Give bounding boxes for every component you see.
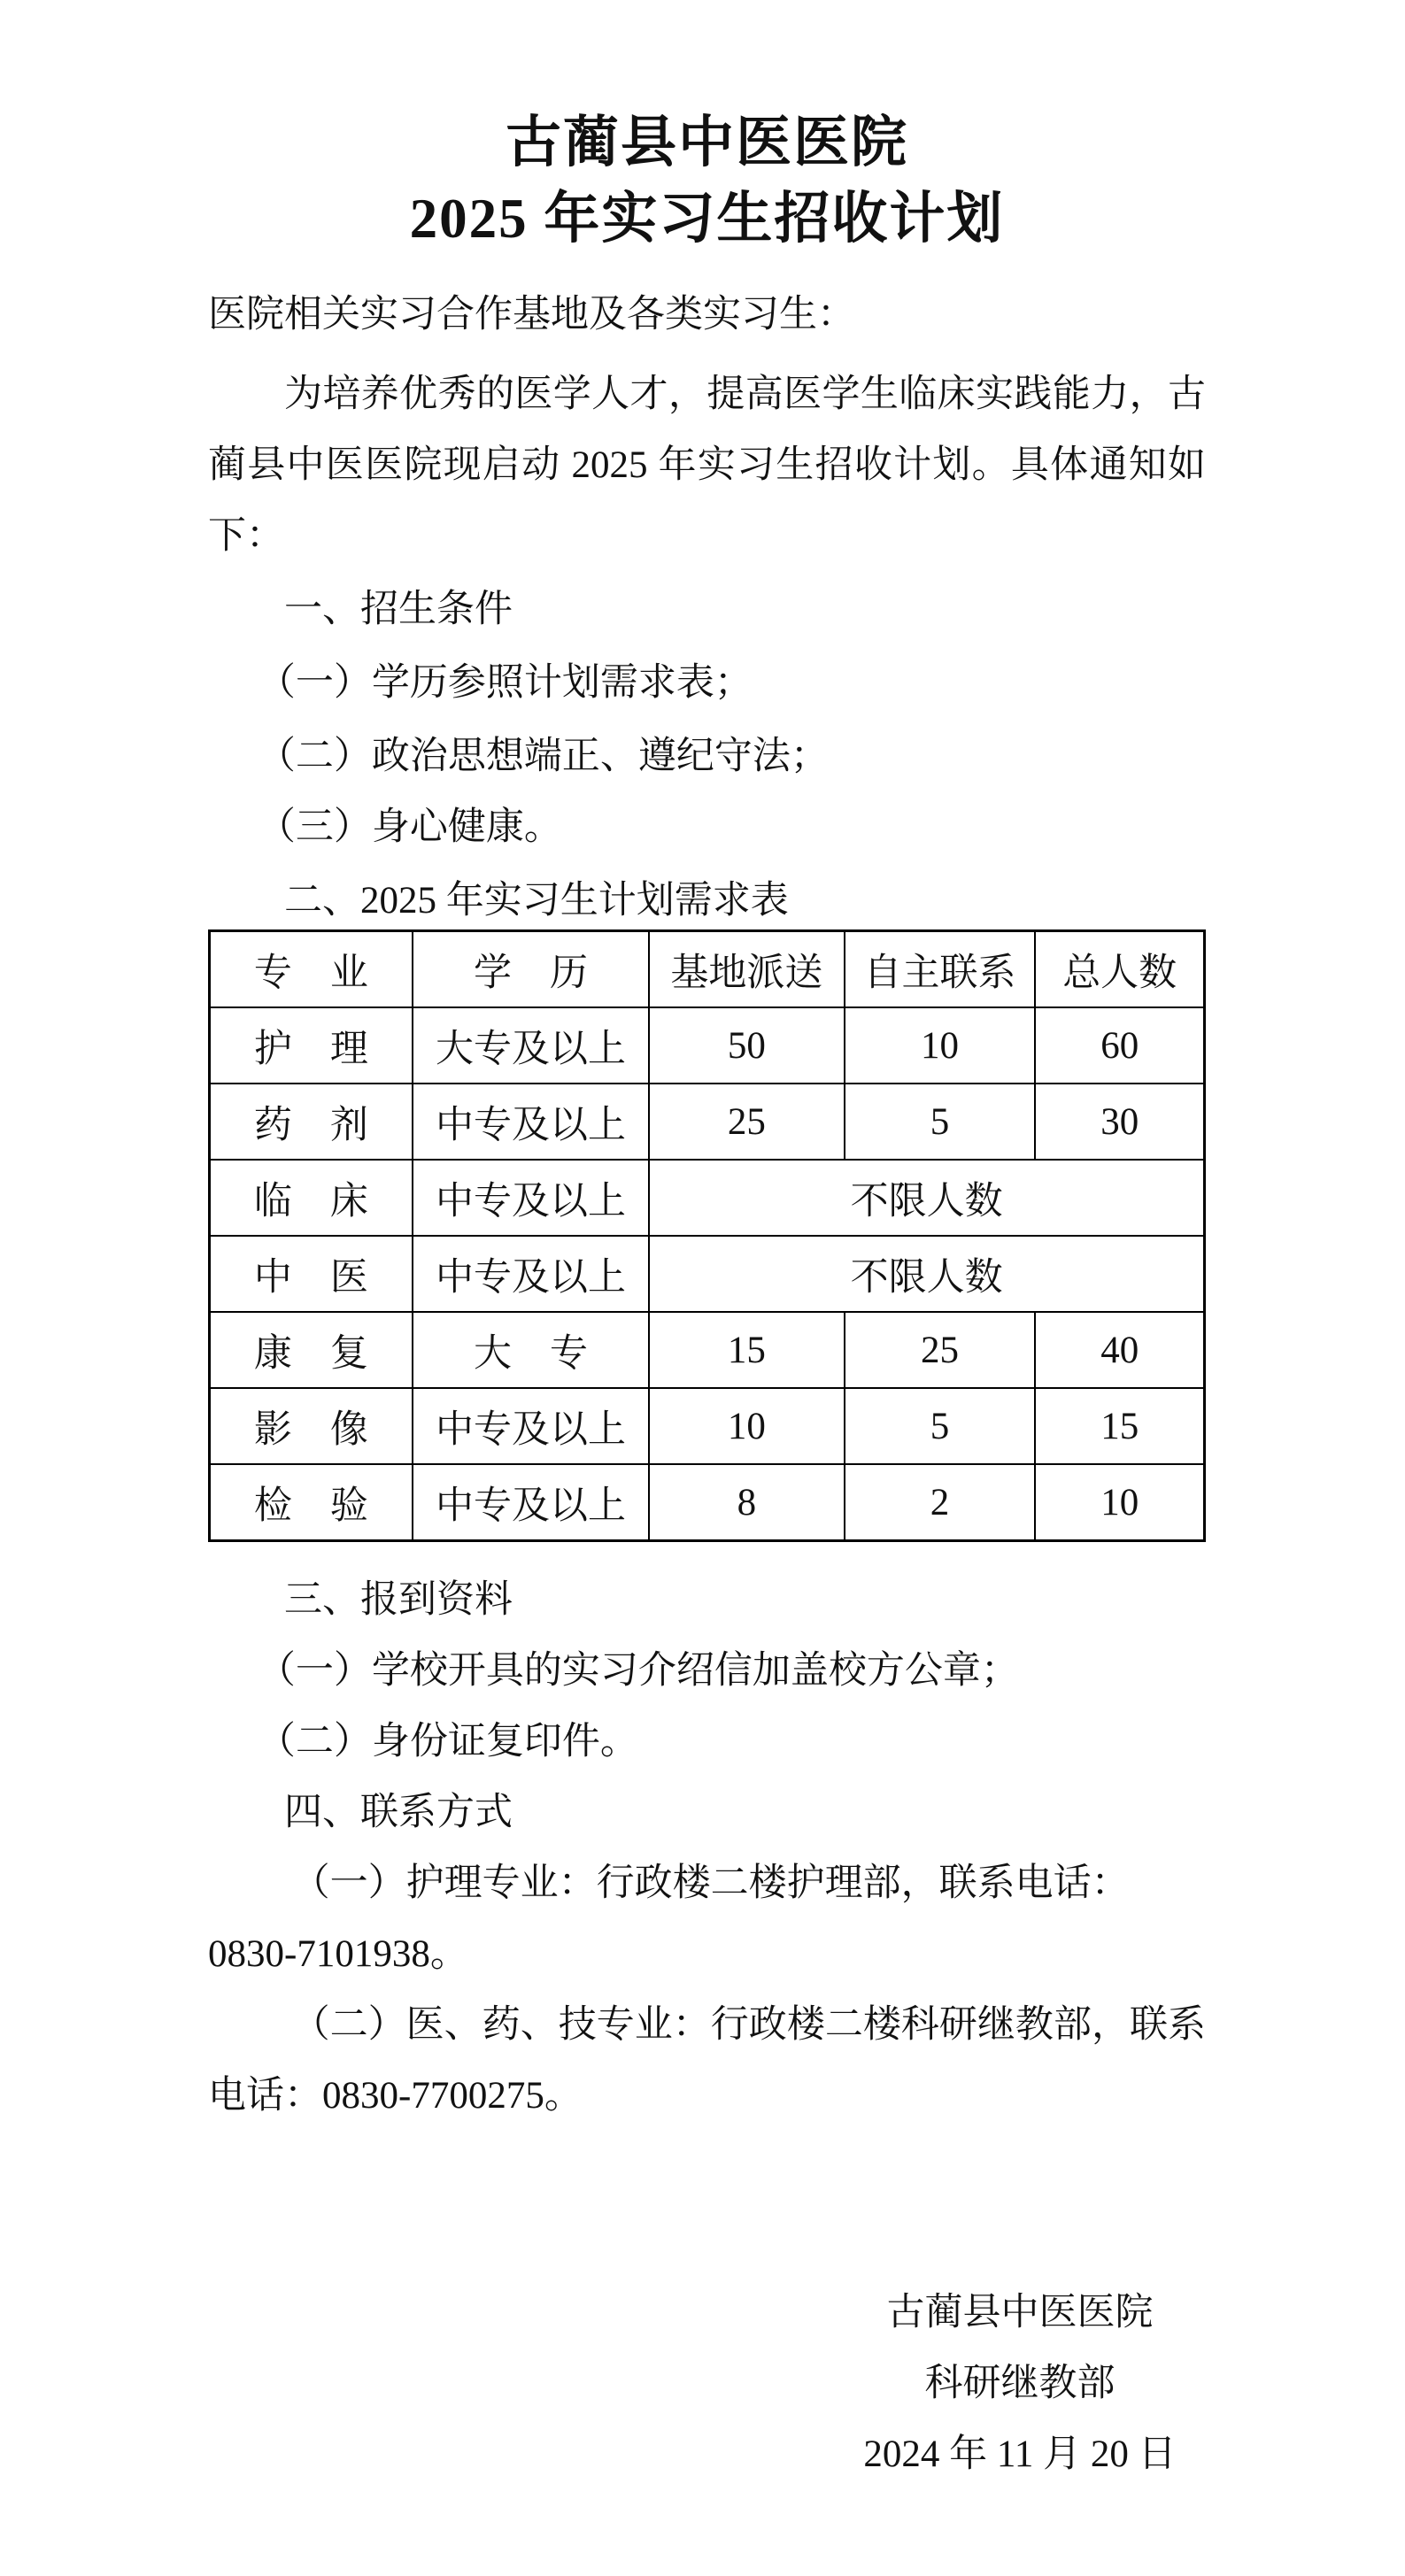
- cell-major: 中 医: [210, 1236, 413, 1312]
- cell-education: 中专及以上: [413, 1084, 650, 1160]
- section3-item-1: （一）学校开具的实习介绍信加盖校方公章；: [208, 1636, 1206, 1707]
- table-row: 中 医 中专及以上 不限人数: [210, 1236, 1205, 1312]
- cell-self: 5: [845, 1388, 1036, 1464]
- cell-base: 25: [649, 1084, 844, 1160]
- table-row: 康 复 大 专 15 25 40: [210, 1312, 1205, 1388]
- cell-base: 50: [649, 1007, 844, 1084]
- section2-heading: 二、2025 年实习生计划需求表: [208, 866, 1206, 937]
- cell-education: 大 专: [413, 1312, 650, 1388]
- intro-line-3: 下：: [208, 501, 1206, 572]
- cell-self: 5: [845, 1084, 1036, 1160]
- internship-plan-table: 专 业 学 历 基地派送 自主联系 总人数 护 理 大专及以上 50 10 60…: [208, 929, 1206, 1542]
- cell-education: 中专及以上: [413, 1236, 650, 1312]
- section1-item-1: （一）学历参照计划需求表；: [208, 648, 1206, 719]
- table-row: 检 验 中专及以上 8 2 10: [210, 1464, 1205, 1541]
- section3-item-2: （二）身份证复印件。: [208, 1707, 1206, 1778]
- cell-self: 25: [845, 1312, 1036, 1388]
- document-page: 古蔺县中医医院 2025 年实习生招收计划 医院相关实习合作基地及各类实习生： …: [0, 0, 1405, 2576]
- header-total: 总人数: [1035, 931, 1204, 1008]
- table-row: 影 像 中专及以上 10 5 15: [210, 1388, 1205, 1464]
- intro-line-1: 为培养优秀的医学人才，提高医学生临床实践能力，古: [208, 359, 1206, 430]
- cell-major: 护 理: [210, 1007, 413, 1084]
- section3-heading: 三、报到资料: [208, 1565, 1206, 1636]
- cell-base: 15: [649, 1312, 844, 1388]
- signature-block: 古蔺县中医医院 科研继教部 2024 年 11 月 20 日: [856, 2278, 1184, 2490]
- cell-major: 药 剂: [210, 1084, 413, 1160]
- section1-item-3: （三）身心健康。: [208, 792, 1206, 863]
- cell-major: 影 像: [210, 1388, 413, 1464]
- contact1-line-2: 0830-7101938。: [208, 1919, 1206, 1990]
- signature-date: 2024 年 11 月 20 日: [856, 2419, 1184, 2490]
- cell-major: 康 复: [210, 1312, 413, 1388]
- contact2-line-2: 电话：0830-7700275。: [208, 2061, 1206, 2132]
- document-title-line1: 古蔺县中医医院: [208, 104, 1206, 181]
- contact1-line-1: （一）护理专业：行政楼二楼护理部，联系电话：: [208, 1848, 1206, 1919]
- section4-heading: 四、联系方式: [208, 1778, 1206, 1848]
- table-row: 护 理 大专及以上 50 10 60: [210, 1007, 1205, 1084]
- cell-total: 15: [1035, 1388, 1204, 1464]
- table-row: 临 床 中专及以上 不限人数: [210, 1160, 1205, 1236]
- salutation: 医院相关实习合作基地及各类实习生：: [208, 280, 1206, 351]
- cell-education: 中专及以上: [413, 1388, 650, 1464]
- header-education: 学 历: [413, 931, 650, 1008]
- cell-base: 10: [649, 1388, 844, 1464]
- header-major: 专 业: [210, 931, 413, 1008]
- document-title-line2: 2025 年实习生招收计划: [208, 181, 1206, 257]
- intro-line-2: 蔺县中医医院现启动 2025 年实习生招收计划。具体通知如: [208, 430, 1206, 501]
- table-header-row: 专 业 学 历 基地派送 自主联系 总人数: [210, 931, 1205, 1008]
- cell-education: 大专及以上: [413, 1007, 650, 1084]
- signature-dept: 科研继教部: [856, 2348, 1184, 2419]
- section1-heading: 一、招生条件: [208, 575, 1206, 645]
- contact2-line-1: （二）医、药、技专业：行政楼二楼科研继教部，联系: [208, 1990, 1206, 2061]
- signature-org: 古蔺县中医医院: [856, 2278, 1184, 2348]
- cell-total: 10: [1035, 1464, 1204, 1541]
- cell-major: 临 床: [210, 1160, 413, 1236]
- cell-education: 中专及以上: [413, 1464, 650, 1541]
- cell-total: 30: [1035, 1084, 1204, 1160]
- header-base-dispatch: 基地派送: [649, 931, 844, 1008]
- cell-total: 40: [1035, 1312, 1204, 1388]
- cell-total: 60: [1035, 1007, 1204, 1084]
- cell-self: 10: [845, 1007, 1036, 1084]
- header-self-contact: 自主联系: [845, 931, 1036, 1008]
- cell-self: 2: [845, 1464, 1036, 1541]
- cell-major: 检 验: [210, 1464, 413, 1541]
- section1-item-2: （二）政治思想端正、遵纪守法；: [208, 721, 1206, 792]
- cell-unlimited: 不限人数: [649, 1160, 1204, 1236]
- cell-unlimited: 不限人数: [649, 1236, 1204, 1312]
- cell-education: 中专及以上: [413, 1160, 650, 1236]
- table-row: 药 剂 中专及以上 25 5 30: [210, 1084, 1205, 1160]
- cell-base: 8: [649, 1464, 844, 1541]
